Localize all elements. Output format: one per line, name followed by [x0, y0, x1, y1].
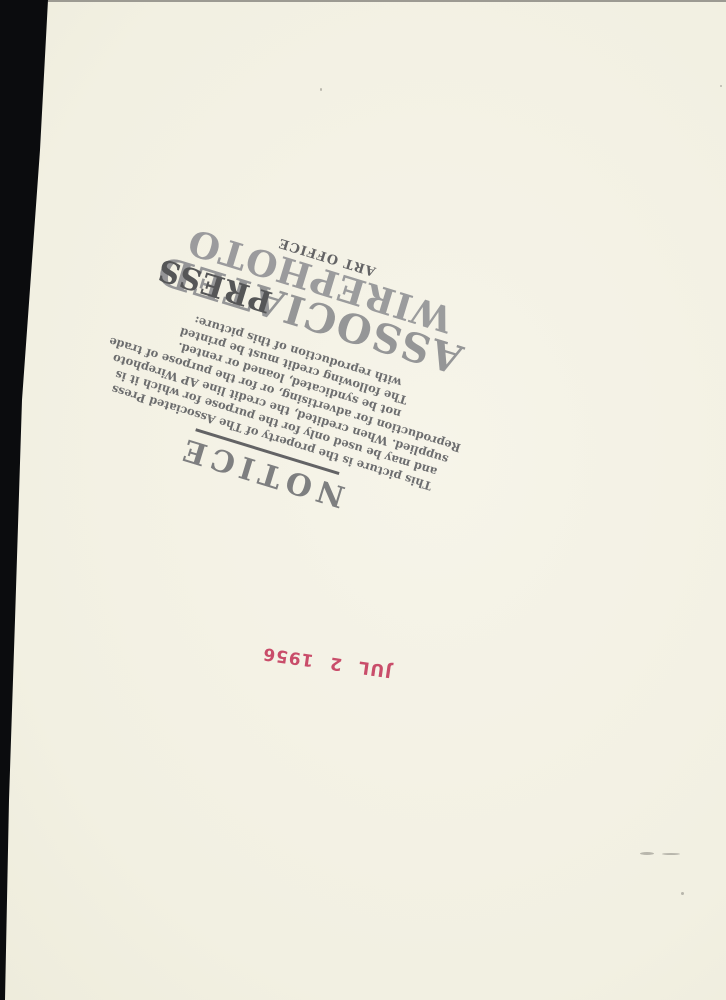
paper-speck — [320, 88, 322, 91]
paper-speck — [640, 852, 654, 855]
scan-top-border — [48, 0, 726, 2]
paper-speck — [681, 892, 684, 895]
paper-speck — [720, 85, 722, 87]
date-day: 2 — [328, 652, 344, 674]
paper-speck — [662, 853, 680, 855]
